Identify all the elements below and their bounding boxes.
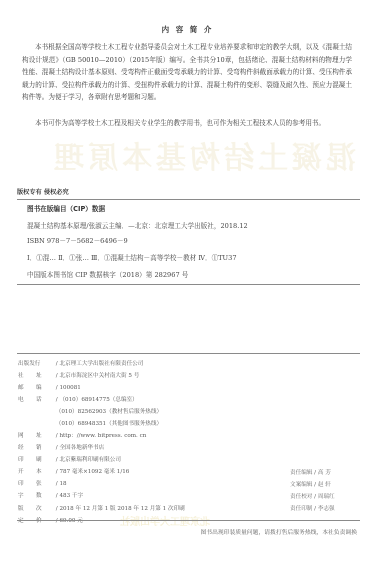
publication-row: 邮编 / 100081 bbox=[18, 383, 81, 391]
publication-value: 787 毫米×1092 毫米 1/16 bbox=[59, 469, 129, 475]
publication-row: 印张 / 18 bbox=[18, 479, 67, 487]
divider-cip-top bbox=[17, 199, 360, 200]
publication-row: 字数 / 483 千字 bbox=[18, 491, 83, 499]
publication-value: 18 bbox=[59, 481, 66, 487]
publication-value: （010）82562903（教材售后服务热线） bbox=[56, 409, 162, 415]
publication-value: （010）68948351（其他图书服务热线） bbox=[56, 421, 162, 427]
publication-label: 印张 bbox=[18, 479, 54, 487]
publication-row: （010）82562903（教材售后服务热线） bbox=[18, 407, 162, 415]
publication-label bbox=[18, 421, 54, 427]
cip-heading: 图书在版编目（CIP）数据 bbox=[27, 203, 105, 213]
staff-proofreader: 责任校对 / 周瑞红 bbox=[290, 492, 335, 500]
cip-line-title: 混凝土结构基本原理/张淑云主编．—北京：北京理工大学出版社，2018.12 bbox=[27, 220, 248, 230]
publication-value: 69.00 元 bbox=[59, 518, 82, 524]
summary-title: 内 容 简 介 bbox=[0, 24, 375, 35]
publication-label: 字数 bbox=[18, 491, 54, 499]
staff-editor: 责任编辑 / 高 芳 bbox=[290, 468, 331, 476]
publication-label: 出版发行 bbox=[18, 359, 54, 367]
publication-label: 电话 bbox=[18, 395, 54, 403]
divider-cip-bottom bbox=[17, 284, 360, 285]
summary-paragraph-1: 本书根据全国高等学校土木工程专业指导委员会对土木工程专业培养要求和审定的教学大纲… bbox=[22, 41, 352, 104]
publication-row: 网址 / http：//www. bitpress. com. cn bbox=[18, 431, 146, 439]
publication-label: 印刷 bbox=[18, 455, 54, 463]
publication-value: http：//www. bitpress. com. cn bbox=[59, 433, 146, 439]
publication-value: 北京紫瑞利印刷有限公司 bbox=[59, 457, 121, 463]
copyright-notice: 版权专有 侵权必究 bbox=[17, 187, 69, 196]
publication-label: 经销 bbox=[18, 443, 54, 451]
staff-copy-editor: 文案编辑 / 赵 轩 bbox=[290, 480, 331, 488]
publication-row: （010）68948351（其他图书服务热线） bbox=[18, 419, 162, 427]
publication-value: 483 千字 bbox=[59, 493, 83, 499]
publication-label bbox=[18, 409, 54, 415]
divider-bottom bbox=[17, 520, 360, 521]
publication-label: 网址 bbox=[18, 431, 54, 439]
publication-row: 开本 / 787 毫米×1092 毫米 1/16 bbox=[18, 467, 129, 475]
publication-row: 版次 / 2018 年 12 月第 1 版 2018 年 12 月第 1 次印刷 bbox=[18, 504, 185, 512]
publication-label: 版次 bbox=[18, 504, 54, 512]
publication-value: 100081 bbox=[59, 385, 80, 391]
publication-value: 北京理工大学出版社有限责任公司 bbox=[59, 361, 143, 367]
cip-line-isbn: ISBN 978－7－5682－6496－9 bbox=[27, 235, 128, 245]
publication-label: 社址 bbox=[18, 371, 54, 379]
divider-publication-top bbox=[17, 353, 360, 354]
publication-value: 2018 年 12 月第 1 版 2018 年 12 月第 1 次印刷 bbox=[59, 506, 184, 512]
summary-paragraph-2: 本书可作为高等学校土木工程及相关专业学生的教学用书，也可作为相关工程技术人员的参… bbox=[22, 117, 352, 130]
publication-row: 经销 / 全国各地新华书店 bbox=[18, 443, 104, 451]
publication-label: 邮编 bbox=[18, 383, 54, 391]
publication-row: 社址 / 北京市海淀区中关村南大街 5 号 bbox=[18, 371, 139, 379]
publication-value: 北京市海淀区中关村南大街 5 号 bbox=[59, 373, 139, 379]
cip-line-record-number: 中国版本图书馆 CIP 数据核字（2018）第 282967 号 bbox=[27, 269, 188, 279]
publication-row: 印刷 / 北京紫瑞利印刷有限公司 bbox=[18, 455, 121, 463]
publication-row: 电话 / （010）68914775（总编室） bbox=[18, 395, 138, 403]
cip-line-classification: Ⅰ．①混… Ⅱ．①张… Ⅲ．①混凝土结构－高等学校－教材 Ⅳ．①TU37 bbox=[27, 252, 237, 262]
show-through-title: 混凝土结构基本原理 bbox=[50, 133, 356, 177]
publication-value: （010）68914775（总编室） bbox=[59, 397, 137, 403]
quality-notice: 图书出现印装质量问题，请拨打售后服务热线，本社负责调换 bbox=[200, 527, 357, 536]
publication-label: 开本 bbox=[18, 467, 54, 475]
staff-print-manager: 责任印制 / 李志强 bbox=[290, 504, 335, 512]
publication-value: 全国各地新华书店 bbox=[59, 445, 104, 451]
publication-row: 出版发行 / 北京理工大学出版社有限责任公司 bbox=[18, 359, 143, 367]
